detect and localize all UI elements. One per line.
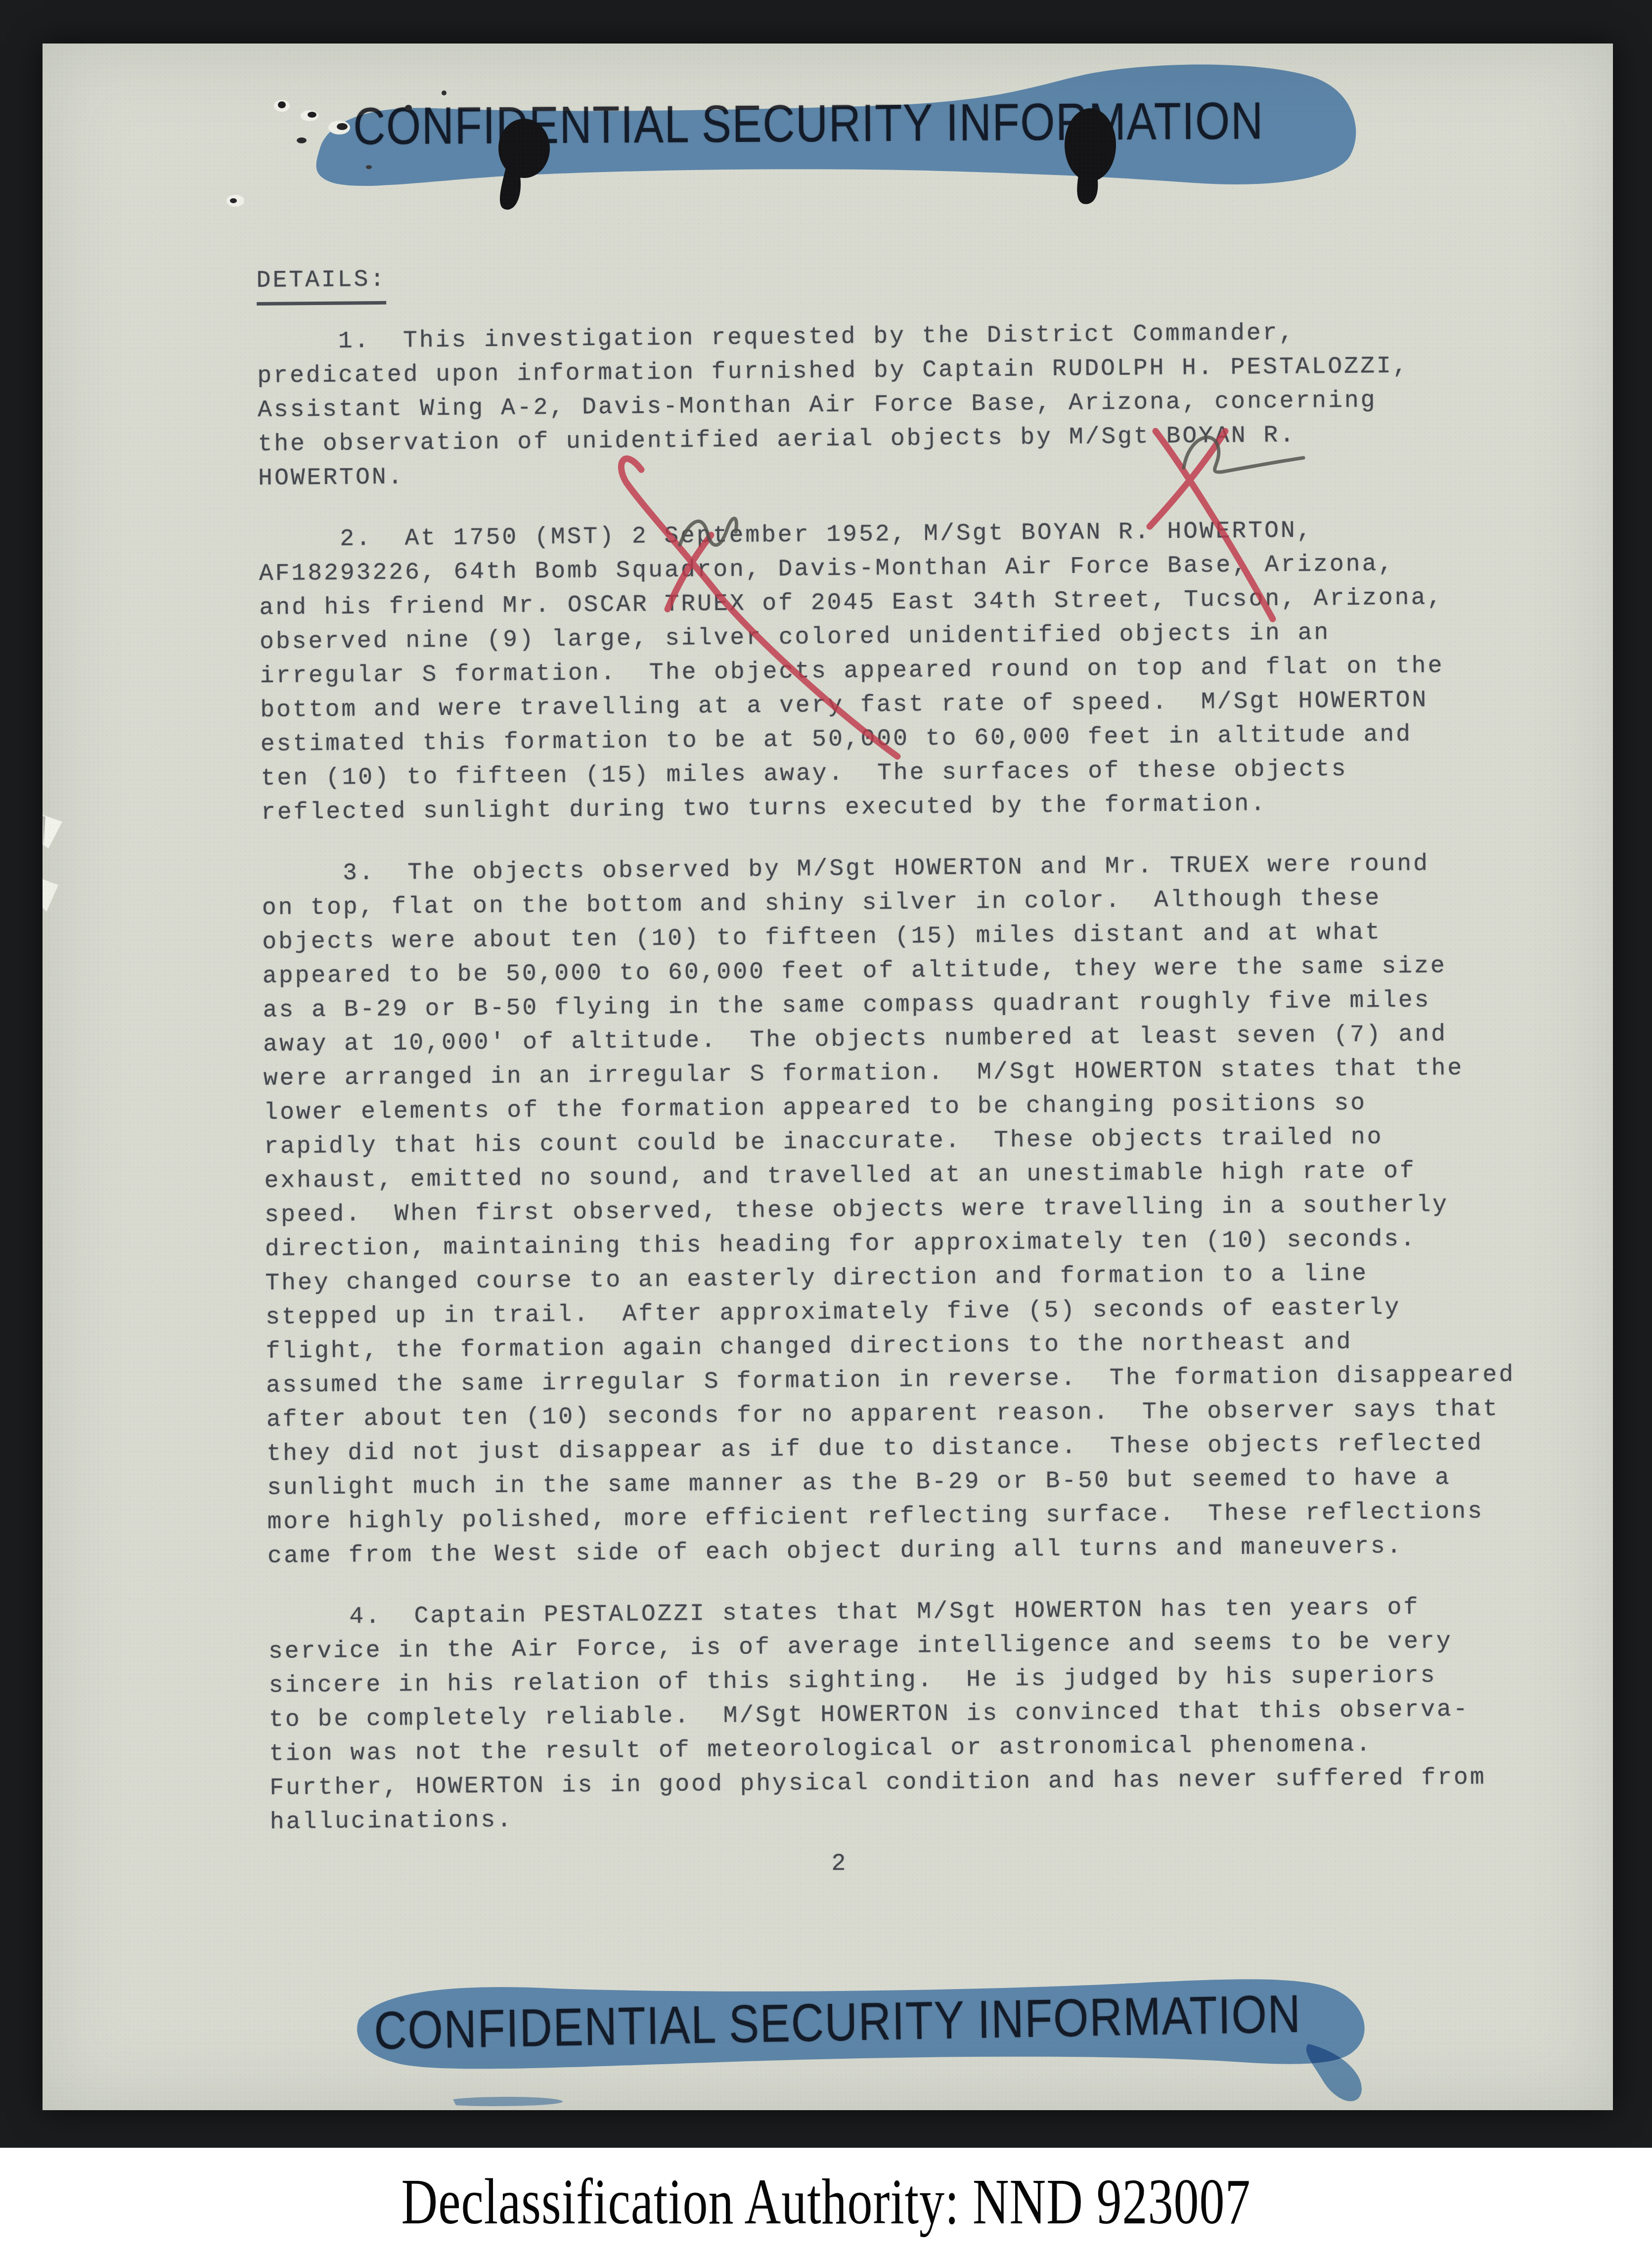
paragraph-3: 3. The objects observed by M/Sgt HOWERTO… [262,846,1517,1574]
scanned-document: CONFIDENTIAL SECURITY INFORMATION CONFID… [0,0,1652,2257]
document-page: CONFIDENTIAL SECURITY INFORMATION CONFID… [43,44,1613,2110]
typed-text-block: DETAILS: 1. This investigation requested… [34,32,1622,2112]
declassification-text: Declassification Authority: NND 923007 [402,2166,1251,2240]
paragraph-4: 4. Captain PESTALOZZI states that M/Sgt … [268,1591,1486,1840]
paragraph-2: 2. At 1750 (MST) 2 September 1952, M/Sgt… [259,513,1445,830]
details-heading: DETAILS: [256,263,386,306]
declassification-strip: Declassification Authority: NND 923007 [0,2148,1652,2257]
paragraph-1: 1. This investigation requested by the D… [257,315,1410,496]
page-number: 2 [804,1847,873,1881]
